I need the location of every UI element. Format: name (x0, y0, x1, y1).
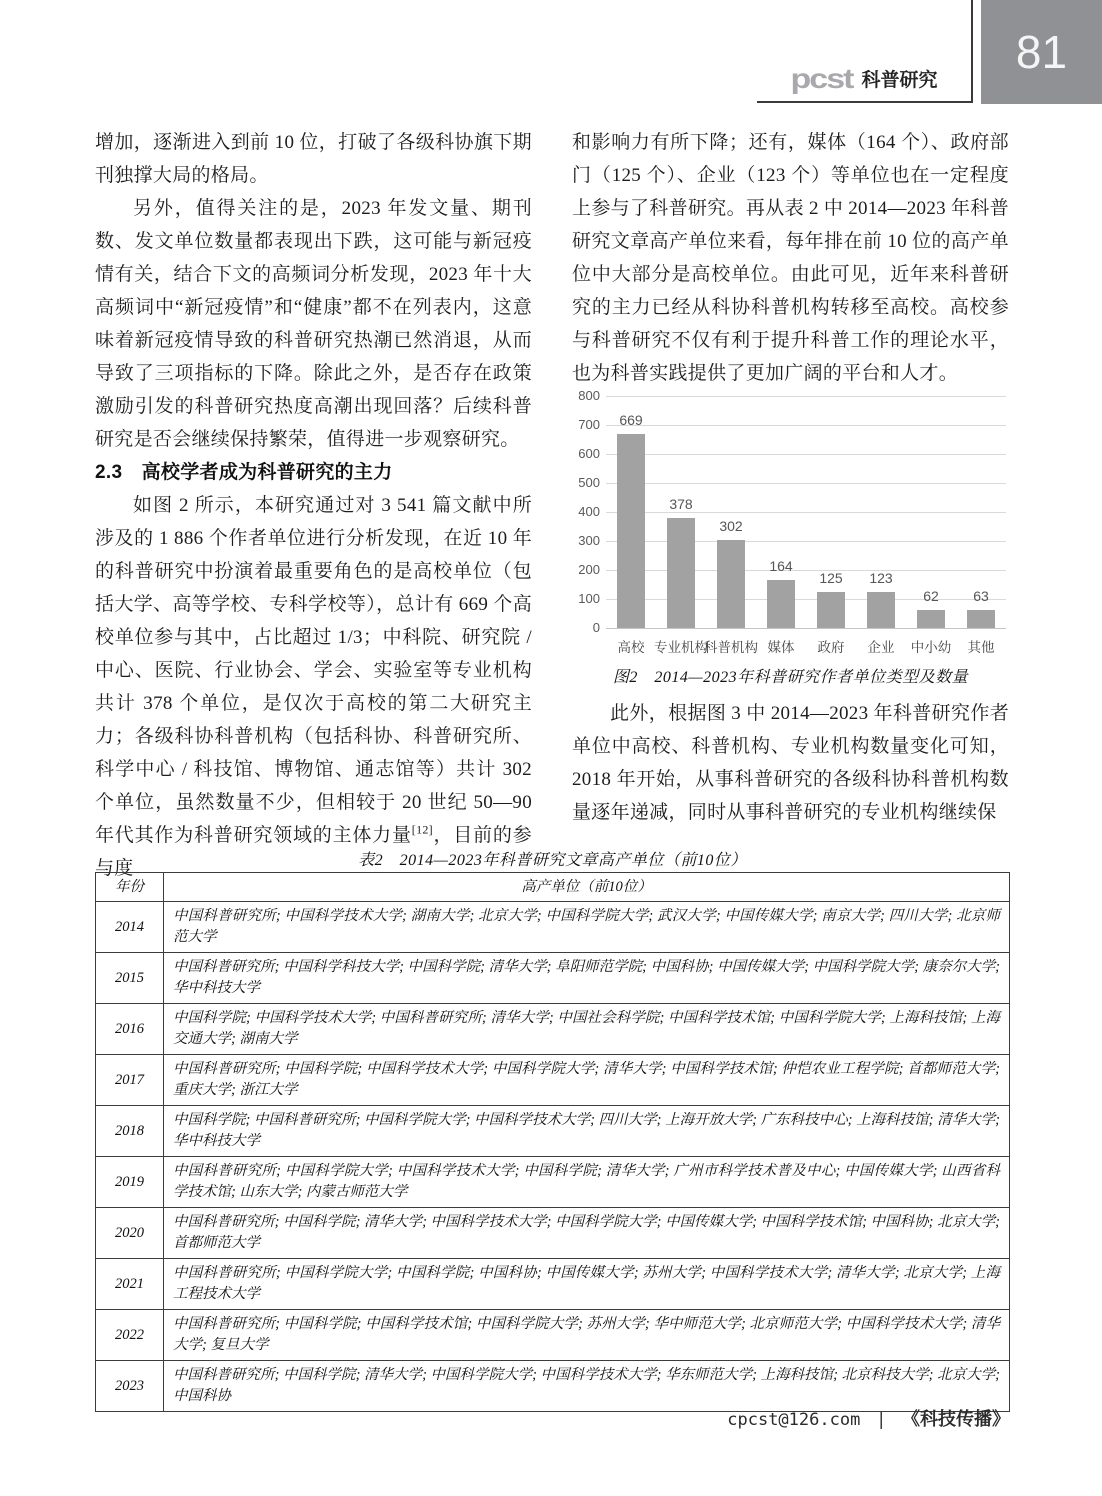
gridline (606, 541, 1006, 542)
units-cell: 中国科学院; 中国科普研究所; 中国科学院大学; 中国科学技术大学; 四川大学;… (164, 1106, 1010, 1157)
figure-2-caption: 图2 2014—2023年科普研究作者单位类型及数量 (572, 664, 1009, 687)
units-cell: 中国科普研究所; 中国科学院; 中国科学技术大学; 中国科学院大学; 清华大学;… (164, 1055, 1010, 1106)
y-axis-tick-label: 200 (572, 562, 600, 577)
bar-科普机构 (717, 540, 745, 628)
units-cell: 中国科普研究所; 中国科学技术大学; 湖南大学; 北京大学; 中国科学院大学; … (164, 902, 1010, 953)
units-cell: 中国科学院; 中国科学技术大学; 中国科普研究所; 清华大学; 中国社会科学院;… (164, 1004, 1010, 1055)
table-row: 2019中国科普研究所; 中国科学院大学; 中国科学技术大学; 中国科学院; 清… (96, 1157, 1010, 1208)
table-row: 2014中国科普研究所; 中国科学技术大学; 湖南大学; 北京大学; 中国科学院… (96, 902, 1010, 953)
body-columns: 增加，逐渐进入到前 10 位，打破了各级科协旗下期刊独撑大局的格局。 另外，值得… (95, 126, 1010, 885)
table-row: 2016中国科学院; 中国科学技术大学; 中国科普研究所; 清华大学; 中国社会… (96, 1004, 1010, 1055)
table-row: 2020中国科普研究所; 中国科学院; 清华大学; 中国科学技术大学; 中国科学… (96, 1208, 1010, 1259)
year-cell: 2018 (96, 1106, 164, 1157)
paragraph: 和影响力有所下降；还有，媒体（164 个）、政府部门（125 个）、企业（123… (572, 126, 1009, 390)
units-column-header: 高产单位（前10位） (164, 873, 1010, 902)
bar-高校 (617, 434, 645, 628)
year-cell: 2014 (96, 902, 164, 953)
bar-中小幼 (917, 610, 945, 628)
year-cell: 2017 (96, 1055, 164, 1106)
journal-header: pcst 科普研究 (757, 0, 971, 103)
y-axis-tick-label: 600 (572, 446, 600, 461)
bar-媒体 (767, 580, 795, 628)
paragraph: 增加，逐渐进入到前 10 位，打破了各级科协旗下期刊独撑大局的格局。 (95, 126, 532, 192)
units-cell: 中国科普研究所; 中国科学院大学; 中国科学技术大学; 中国科学院; 清华大学;… (164, 1157, 1010, 1208)
bar-value-label: 123 (851, 570, 911, 586)
gridline (606, 396, 1006, 397)
year-cell: 2019 (96, 1157, 164, 1208)
year-cell: 2015 (96, 953, 164, 1004)
high-output-units-table: 年份 高产单位（前10位） 2014中国科普研究所; 中国科学技术大学; 湖南大… (95, 872, 1010, 1412)
gridline (606, 454, 1006, 455)
header-divider-line (971, 0, 973, 103)
units-cell: 中国科普研究所; 中国科学科技大学; 中国科学院; 清华大学; 阜阳师范学院; … (164, 953, 1010, 1004)
units-cell: 中国科普研究所; 中国科学院; 中国科学技术馆; 中国科学院大学; 苏州大学; … (164, 1310, 1010, 1361)
paragraph: 另外，值得关注的是，2023 年发文量、期刊数、发文单位数量都表现出下跌，这可能… (95, 192, 532, 456)
y-axis-tick-label: 300 (572, 533, 600, 548)
year-cell: 2016 (96, 1004, 164, 1055)
table-row: 2018中国科学院; 中国科普研究所; 中国科学院大学; 中国科学技术大学; 四… (96, 1106, 1010, 1157)
figure-2: 0100200300400500600700800669高校378专业机构302… (572, 390, 1009, 687)
year-cell: 2023 (96, 1361, 164, 1412)
page-number: 81 (981, 0, 1102, 104)
bar-其他 (967, 610, 995, 628)
page-footer: cpcst@126.com | 《科技传播》 (95, 1405, 1010, 1431)
y-axis-tick-label: 800 (572, 388, 600, 403)
y-axis-tick-label: 400 (572, 504, 600, 519)
footer-separator: | (879, 1409, 884, 1429)
pcst-logo: pcst (791, 68, 853, 89)
section-heading-2-3: 2.3 高校学者成为科普研究的主力 (95, 456, 532, 489)
table-2-title: 表2 2014—2023年科普研究文章高产单位（前10位） (95, 847, 1010, 870)
right-column: 和影响力有所下降；还有，媒体（164 个）、政府部门（125 个）、企业（123… (572, 126, 1009, 885)
year-cell: 2021 (96, 1259, 164, 1310)
year-cell: 2022 (96, 1310, 164, 1361)
table-row: 2023中国科普研究所; 中国科学院; 清华大学; 中国科学院大学; 中国科学技… (96, 1361, 1010, 1412)
bar-value-label: 302 (701, 518, 761, 534)
paragraph: 此外，根据图 3 中 2014—2023 年科普研究作者单位中高校、科普机构、专… (572, 697, 1009, 829)
bar-政府 (817, 592, 845, 628)
table-row: 2015中国科普研究所; 中国科学科技大学; 中国科学院; 清华大学; 阜阳师范… (96, 953, 1010, 1004)
table-header-row: 年份 高产单位（前10位） (96, 873, 1010, 902)
units-cell: 中国科普研究所; 中国科学院; 清华大学; 中国科学技术大学; 中国科学院大学;… (164, 1208, 1010, 1259)
y-axis-tick-label: 500 (572, 475, 600, 490)
year-column-header: 年份 (96, 873, 164, 902)
bar-value-label: 63 (951, 588, 1011, 604)
units-cell: 中国科普研究所; 中国科学院; 清华大学; 中国科学院大学; 中国科学技术大学;… (164, 1361, 1010, 1412)
contact-email: cpcst@126.com (727, 1410, 860, 1430)
x-axis-category-label: 其他 (946, 636, 1016, 656)
gridline (606, 628, 1006, 629)
y-axis-tick-label: 700 (572, 417, 600, 432)
citation-marker: [12] (412, 823, 433, 837)
table-row: 2022中国科普研究所; 中国科学院; 中国科学技术馆; 中国科学院大学; 苏州… (96, 1310, 1010, 1361)
bar-企业 (867, 592, 895, 628)
table-row: 2021中国科普研究所; 中国科学院大学; 中国科学院; 中国科协; 中国传媒大… (96, 1259, 1010, 1310)
left-column: 增加，逐渐进入到前 10 位，打破了各级科协旗下期刊独撑大局的格局。 另外，值得… (95, 126, 532, 885)
bar-value-label: 669 (601, 412, 661, 428)
bar-value-label: 378 (651, 496, 711, 512)
y-axis-tick-label: 0 (572, 620, 600, 635)
year-cell: 2020 (96, 1208, 164, 1259)
units-cell: 中国科普研究所; 中国科学院大学; 中国科学院; 中国科协; 中国传媒大学; 苏… (164, 1259, 1010, 1310)
gridline (606, 425, 1006, 426)
bar-chart: 0100200300400500600700800669高校378专业机构302… (572, 390, 1010, 658)
paragraph-text: 如图 2 所示，本研究通过对 3 541 篇文献中所涉及的 1 886 个作者单… (95, 495, 532, 846)
paragraph: 如图 2 所示，本研究通过对 3 541 篇文献中所涉及的 1 886 个作者单… (95, 489, 532, 885)
bar-专业机构 (667, 518, 695, 628)
journal-title: 《科技传播》 (902, 1409, 1010, 1429)
table-row: 2017中国科普研究所; 中国科学院; 中国科学技术大学; 中国科学院大学; 清… (96, 1055, 1010, 1106)
journal-section-name: 科普研究 (861, 65, 937, 92)
y-axis-tick-label: 100 (572, 591, 600, 606)
journal-page: pcst 科普研究 81 增加，逐渐进入到前 10 位，打破了各级科协旗下期刊独… (0, 0, 1102, 1496)
gridline (606, 483, 1006, 484)
